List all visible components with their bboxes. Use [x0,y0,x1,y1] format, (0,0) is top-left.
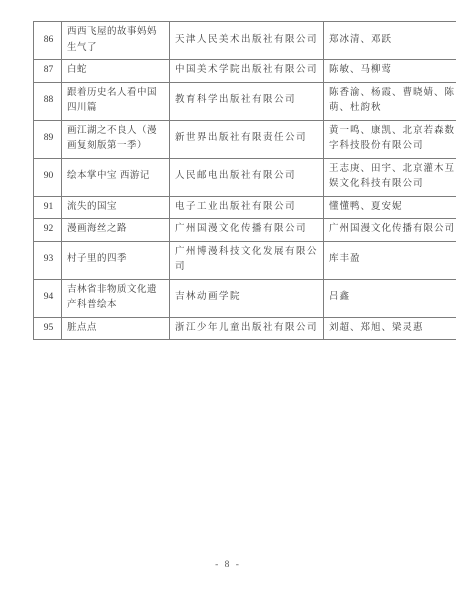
authors-cell: 陈香渝、杨霞、曹晓婧、陈萌、杜韵秋 [324,82,456,120]
authors-cell: 王志庚、田宇、北京灌木互娱文化科技有限公司 [324,158,456,196]
table-row: 93 村子里的四季 广州博漫科技文化发展有限公司 库丰盈 [34,241,456,279]
table-row: 90 绘本掌中宝 西游记 人民邮电出版社有限公司 王志庚、田宇、北京灌木互娱文化… [34,158,456,196]
authors-cell: 库丰盈 [324,241,456,279]
page-number: - 8 - [0,560,456,570]
publisher-cell: 吉林动画学院 [170,279,324,317]
title-cell: 村子里的四季 [62,241,170,279]
row-number-cell: 87 [34,60,62,83]
table-row: 91 流失的国宝 电子工业出版社有限公司 懂懂鸭、夏安妮 [34,196,456,219]
publisher-cell: 浙江少年儿童出版社有限公司 [170,317,324,340]
title-cell: 白蛇 [62,60,170,83]
publisher-cell: 中国美术学院出版社有限公司 [170,60,324,83]
title-cell: 脏点点 [62,317,170,340]
title-cell: 画江湖之不良人（漫画复刻版第一季） [62,120,170,158]
publications-table: 86 西西飞屋的故事妈妈生气了 天津人民美术出版社有限公司 郑冰清、邓跃 87 … [33,21,456,340]
table-row: 87 白蛇 中国美术学院出版社有限公司 陈敏、马柳莺 [34,60,456,83]
publisher-cell: 人民邮电出版社有限公司 [170,158,324,196]
authors-cell: 黄一鸣、康凯、北京若森数字科技股份有限公司 [324,120,456,158]
publisher-cell: 教育科学出版社有限公司 [170,82,324,120]
row-number-cell: 95 [34,317,62,340]
title-cell: 漫画海丝之路 [62,219,170,242]
publisher-cell: 新世界出版社有限责任公司 [170,120,324,158]
row-number-cell: 89 [34,120,62,158]
title-cell: 跟着历史名人看中国四川篇 [62,82,170,120]
row-number-cell: 90 [34,158,62,196]
publisher-cell: 广州国漫文化传播有限公司 [170,219,324,242]
table-row: 86 西西飞屋的故事妈妈生气了 天津人民美术出版社有限公司 郑冰清、邓跃 [34,22,456,60]
authors-cell: 郑冰清、邓跃 [324,22,456,60]
authors-cell: 懂懂鸭、夏安妮 [324,196,456,219]
row-number-cell: 94 [34,279,62,317]
row-number-cell: 86 [34,22,62,60]
authors-cell: 刘超、郑旭、梁灵惠 [324,317,456,340]
authors-cell: 陈敏、马柳莺 [324,60,456,83]
authors-cell: 广州国漫文化传播有限公司 [324,219,456,242]
publications-table-body: 86 西西飞屋的故事妈妈生气了 天津人民美术出版社有限公司 郑冰清、邓跃 87 … [34,22,456,340]
table-row: 88 跟着历史名人看中国四川篇 教育科学出版社有限公司 陈香渝、杨霞、曹晓婧、陈… [34,82,456,120]
row-number-cell: 93 [34,241,62,279]
row-number-cell: 88 [34,82,62,120]
title-cell: 西西飞屋的故事妈妈生气了 [62,22,170,60]
table-row: 92 漫画海丝之路 广州国漫文化传播有限公司 广州国漫文化传播有限公司 [34,219,456,242]
table-row: 95 脏点点 浙江少年儿童出版社有限公司 刘超、郑旭、梁灵惠 [34,317,456,340]
table-row: 89 画江湖之不良人（漫画复刻版第一季） 新世界出版社有限责任公司 黄一鸣、康凯… [34,120,456,158]
publisher-cell: 天津人民美术出版社有限公司 [170,22,324,60]
row-number-cell: 91 [34,196,62,219]
title-cell: 绘本掌中宝 西游记 [62,158,170,196]
title-cell: 吉林省非物质文化遗产科普绘本 [62,279,170,317]
table-row: 94 吉林省非物质文化遗产科普绘本 吉林动画学院 吕鑫 [34,279,456,317]
publisher-cell: 广州博漫科技文化发展有限公司 [170,241,324,279]
document-page: 86 西西飞屋的故事妈妈生气了 天津人民美术出版社有限公司 郑冰清、邓跃 87 … [0,0,456,598]
row-number-cell: 92 [34,219,62,242]
authors-cell: 吕鑫 [324,279,456,317]
title-cell: 流失的国宝 [62,196,170,219]
publisher-cell: 电子工业出版社有限公司 [170,196,324,219]
